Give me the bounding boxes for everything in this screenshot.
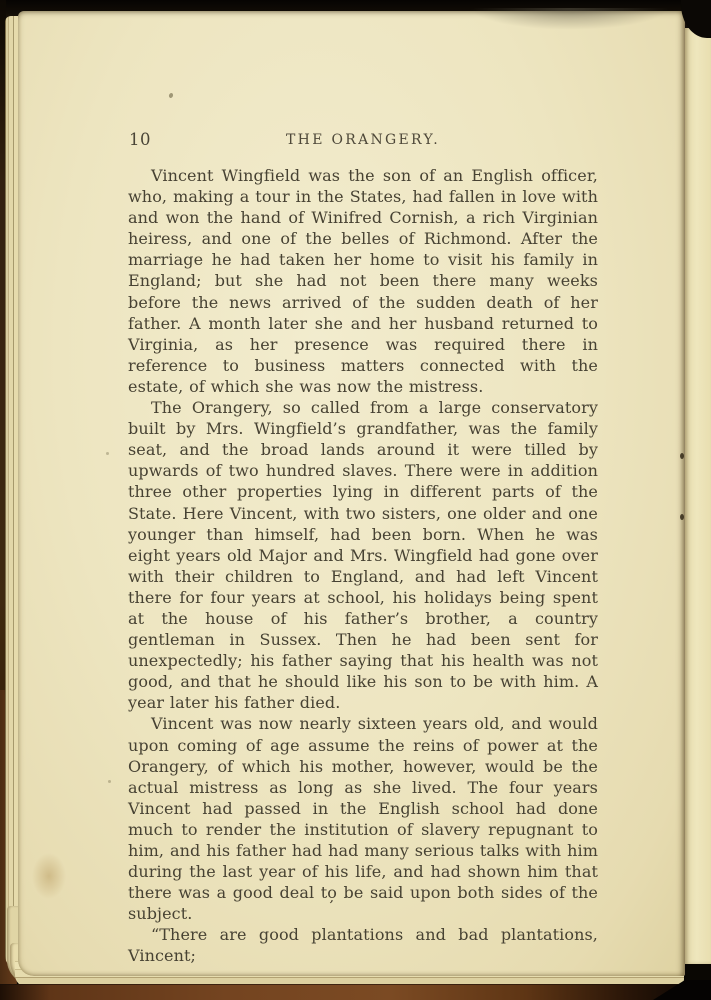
adjacent-page-edge [685, 28, 711, 964]
gutter-crease-speck [680, 453, 684, 459]
page-header: 10 THE ORANGERY. [128, 130, 598, 151]
scan-speck [106, 452, 109, 455]
paragraph-2: The Orangery, so called from a large con… [128, 397, 598, 713]
scan-blur-artifact [470, 8, 670, 30]
scan-speck [108, 780, 111, 783]
running-header: THE ORANGERY. [128, 130, 598, 148]
paragraph-3: Vincent was now nearly sixteen years old… [128, 713, 598, 924]
body-text: Vincent Wingfield was the son of an Engl… [128, 165, 598, 967]
foxing-stain [32, 853, 66, 899]
paragraph-4: “There are good plantations and bad plan… [128, 924, 598, 966]
scanned-book-photo: ’ 10 THE ORANGERY. Vincent Wingfield was… [0, 0, 711, 1000]
paragraph-1: Vincent Wingfield was the son of an Engl… [128, 165, 598, 397]
book-cover-bottom-edge [0, 984, 711, 1000]
page-content: 10 THE ORANGERY. Vincent Wingfield was t… [128, 130, 598, 967]
gutter-crease-speck [680, 514, 684, 520]
page-number: 10 [129, 130, 151, 149]
